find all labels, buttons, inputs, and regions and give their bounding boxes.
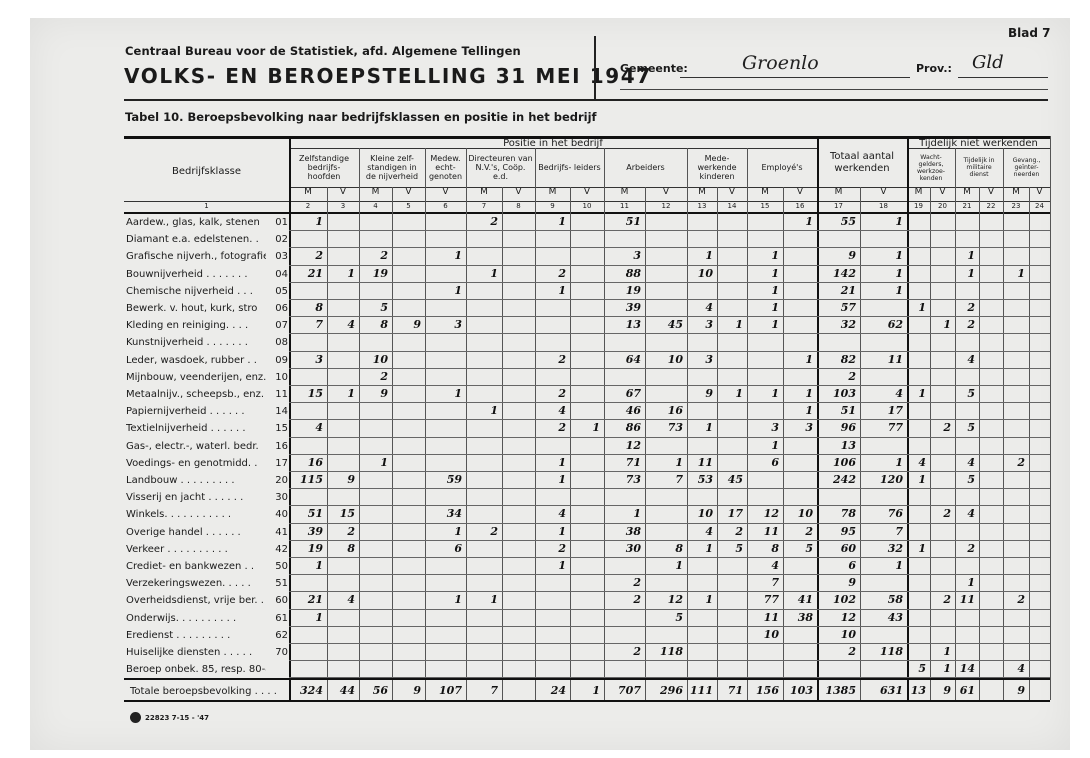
data-cell: 19 bbox=[289, 542, 323, 555]
gemeente-label: Gemeente: bbox=[620, 62, 688, 75]
data-cell: 5 bbox=[907, 662, 926, 675]
column-number: 22 bbox=[979, 202, 1003, 212]
provincie-line bbox=[958, 77, 1048, 78]
data-cell: 1 bbox=[860, 267, 903, 280]
header-divider bbox=[594, 36, 596, 100]
data-cell: 8 bbox=[747, 542, 779, 555]
sex-column-header: M bbox=[817, 187, 860, 199]
data-cell: 1 bbox=[930, 318, 951, 331]
grid-line bbox=[289, 505, 1050, 506]
row-code: 14 bbox=[264, 406, 288, 417]
row-label: Eredienst . . . . . . . . . bbox=[126, 630, 266, 641]
data-cell: 1 bbox=[747, 267, 779, 280]
grid-line bbox=[289, 368, 1050, 369]
data-cell: 2 bbox=[817, 370, 856, 383]
row-label: Leder, wasdoek, rubber . . bbox=[126, 355, 266, 366]
data-cell: 1 bbox=[425, 387, 462, 400]
row-code: 15 bbox=[264, 423, 288, 434]
column-number: 6 bbox=[425, 202, 466, 212]
data-cell: 1 bbox=[747, 387, 779, 400]
row-label: Gas-, electr.-, waterl. bedr. bbox=[126, 441, 266, 452]
data-cell: 10 bbox=[817, 628, 856, 641]
column-group-header: Zelfstandige bedrijfs- hoofden bbox=[291, 150, 357, 185]
total-cell: 7 bbox=[466, 684, 498, 697]
data-cell: 1 bbox=[604, 507, 641, 520]
column-group-header: Medew. echt- genoten bbox=[427, 150, 464, 185]
form-title: VOLKS- EN BEROEPSTELLING 31 MEI 1947 bbox=[124, 64, 652, 88]
print-footer: 22823 7-15 - '47 bbox=[130, 712, 209, 723]
data-cell: 1 bbox=[747, 284, 779, 297]
column-group-header: Wacht- gelders, werkzoe- kenden bbox=[909, 150, 953, 185]
data-cell: 10 bbox=[687, 267, 713, 280]
data-cell: 39 bbox=[604, 301, 641, 314]
data-cell: 77 bbox=[860, 421, 903, 434]
grid-line bbox=[289, 282, 1050, 283]
data-cell: 1 bbox=[466, 267, 498, 280]
data-cell: 120 bbox=[860, 473, 903, 486]
row-label: Beroep onbek. 85, resp. 80-84 bbox=[126, 664, 266, 675]
data-cell: 2 bbox=[955, 318, 975, 331]
data-cell: 8 bbox=[289, 301, 323, 314]
row-label: Bouwnijverheid . . . . . . . bbox=[126, 269, 266, 280]
data-cell: 2 bbox=[359, 249, 388, 262]
print-code: 22823 7-15 - '47 bbox=[145, 714, 209, 722]
header-rule-thin bbox=[620, 89, 1048, 90]
data-cell: 2 bbox=[930, 421, 951, 434]
data-cell: 11 bbox=[860, 353, 903, 366]
data-cell: 10 bbox=[687, 507, 713, 520]
row-code: 09 bbox=[264, 355, 288, 366]
data-cell: 3 bbox=[687, 353, 713, 366]
data-cell: 8 bbox=[359, 318, 388, 331]
data-cell: 1 bbox=[747, 301, 779, 314]
total-cell: 24 bbox=[535, 684, 566, 697]
table-total-rule bbox=[124, 700, 1050, 702]
data-cell: 64 bbox=[604, 353, 641, 366]
data-cell: 2 bbox=[535, 387, 566, 400]
data-cell: 1 bbox=[425, 249, 462, 262]
data-cell: 1 bbox=[907, 542, 926, 555]
column-group-header: Gevang., geïnter- neerden bbox=[1005, 150, 1048, 185]
row-code: 04 bbox=[264, 269, 288, 280]
total-cell: 107 bbox=[425, 684, 462, 697]
data-cell: 1 bbox=[289, 215, 323, 228]
sex-column-header: V bbox=[502, 187, 535, 199]
grid-line bbox=[289, 419, 1050, 420]
sex-column-header: M bbox=[359, 187, 392, 199]
data-cell: 1 bbox=[535, 284, 566, 297]
data-cell: 1 bbox=[1003, 267, 1025, 280]
sex-column-header: V bbox=[979, 187, 1003, 199]
data-cell: 86 bbox=[604, 421, 641, 434]
data-cell: 15 bbox=[289, 387, 323, 400]
data-cell: 2 bbox=[930, 593, 951, 606]
data-cell: 2 bbox=[1003, 456, 1025, 469]
data-cell: 1 bbox=[289, 611, 323, 624]
data-cell: 4 bbox=[327, 593, 355, 606]
sex-column-header: V bbox=[783, 187, 817, 199]
row-label: Huiselijke diensten . . . . . bbox=[126, 647, 266, 658]
data-cell: 73 bbox=[604, 473, 641, 486]
data-cell: 13 bbox=[817, 439, 856, 452]
total-cell: 707 bbox=[604, 684, 641, 697]
data-cell: 1 bbox=[570, 421, 600, 434]
data-cell: 1 bbox=[327, 387, 355, 400]
data-cell: 53 bbox=[687, 473, 713, 486]
column-group-header: Bedrijfs- leiders bbox=[537, 150, 602, 185]
grid-line bbox=[289, 316, 1050, 317]
data-cell: 1 bbox=[783, 353, 813, 366]
data-cell: 7 bbox=[747, 576, 779, 589]
data-cell: 9 bbox=[327, 473, 355, 486]
row-label: Papiernijverheid . . . . . . bbox=[126, 406, 266, 417]
data-cell: 5 bbox=[645, 611, 683, 624]
total-cell: 9 bbox=[1003, 684, 1025, 697]
sex-column-header: V bbox=[645, 187, 687, 199]
row-code: 60 bbox=[264, 595, 288, 606]
grid-line bbox=[289, 437, 1050, 438]
grid-line bbox=[1050, 136, 1051, 700]
column-number: 24 bbox=[1029, 202, 1050, 212]
row-label: Kunstnijverheid . . . . . . . bbox=[126, 337, 266, 348]
sex-column-header: M bbox=[535, 187, 570, 199]
data-cell: 9 bbox=[392, 318, 421, 331]
sex-column-header: V bbox=[425, 187, 466, 199]
data-cell: 1 bbox=[535, 473, 566, 486]
column-group-header: Kleine zelf- standigen in de nijverheid bbox=[361, 150, 423, 185]
data-cell: 1 bbox=[747, 318, 779, 331]
data-cell: 17 bbox=[860, 404, 903, 417]
data-cell: 16 bbox=[645, 404, 683, 417]
data-cell: 4 bbox=[907, 456, 926, 469]
data-cell: 13 bbox=[604, 318, 641, 331]
data-cell: 78 bbox=[817, 507, 856, 520]
data-cell: 21 bbox=[817, 284, 856, 297]
data-cell: 55 bbox=[817, 215, 856, 228]
sex-column-header: V bbox=[570, 187, 604, 199]
data-cell: 67 bbox=[604, 387, 641, 400]
sex-column-header: V bbox=[327, 187, 359, 199]
data-cell: 32 bbox=[817, 318, 856, 331]
data-cell: 1 bbox=[327, 267, 355, 280]
row-label: Metaalnijv., scheepsb., enz. bbox=[126, 389, 266, 400]
data-cell: 3 bbox=[289, 353, 323, 366]
data-cell: 10 bbox=[359, 353, 388, 366]
data-cell: 2 bbox=[604, 593, 641, 606]
grid-line bbox=[289, 299, 1050, 300]
grid-line bbox=[289, 557, 1050, 558]
data-cell: 88 bbox=[604, 267, 641, 280]
data-cell: 10 bbox=[645, 353, 683, 366]
row-code: 50 bbox=[264, 561, 288, 572]
data-cell: 1 bbox=[717, 318, 743, 331]
data-cell: 1 bbox=[783, 404, 813, 417]
data-cell: 71 bbox=[604, 456, 641, 469]
column-number: 9 bbox=[535, 202, 570, 212]
data-cell: 15 bbox=[327, 507, 355, 520]
total-row-label: Totale beroepsbevolking . . . . bbox=[130, 686, 277, 697]
row-code: 42 bbox=[264, 544, 288, 555]
data-cell: 1 bbox=[860, 215, 903, 228]
data-cell: 1 bbox=[289, 559, 323, 572]
data-cell: 1 bbox=[466, 593, 498, 606]
printer-logo-icon bbox=[130, 712, 141, 723]
data-cell: 34 bbox=[425, 507, 462, 520]
data-cell: 1 bbox=[783, 215, 813, 228]
row-label: Winkels. . . . . . . . . . . bbox=[126, 509, 266, 520]
sex-column-header: V bbox=[717, 187, 747, 199]
data-cell: 46 bbox=[604, 404, 641, 417]
data-cell: 4 bbox=[1003, 662, 1025, 675]
data-cell: 73 bbox=[645, 421, 683, 434]
row-label: Aardew., glas, kalk, stenen bbox=[126, 217, 266, 228]
data-cell: 118 bbox=[645, 645, 683, 658]
data-cell: 2 bbox=[535, 421, 566, 434]
data-cell: 3 bbox=[425, 318, 462, 331]
total-cell: 13 bbox=[907, 684, 926, 697]
data-cell: 39 bbox=[289, 525, 323, 538]
grid-line bbox=[289, 265, 1050, 266]
data-cell: 12 bbox=[604, 439, 641, 452]
data-cell: 4 bbox=[687, 301, 713, 314]
total-cell: 324 bbox=[289, 684, 323, 697]
sex-column-header: M bbox=[687, 187, 717, 199]
data-cell: 5 bbox=[717, 542, 743, 555]
grid-line bbox=[289, 351, 1050, 352]
total-cell: 296 bbox=[645, 684, 683, 697]
data-cell: 4 bbox=[535, 404, 566, 417]
data-cell: 45 bbox=[645, 318, 683, 331]
data-cell: 2 bbox=[466, 215, 498, 228]
data-cell: 4 bbox=[955, 507, 975, 520]
organization-name: Centraal Bureau voor de Statistiek, afd.… bbox=[125, 44, 521, 58]
row-code: 08 bbox=[264, 337, 288, 348]
data-cell: 1 bbox=[535, 456, 566, 469]
data-cell: 1 bbox=[687, 421, 713, 434]
column-number: 10 bbox=[570, 202, 604, 212]
gemeente-line bbox=[680, 77, 910, 78]
total-cell: 71 bbox=[717, 684, 743, 697]
data-cell: 9 bbox=[817, 249, 856, 262]
data-cell: 9 bbox=[817, 576, 856, 589]
total-cell: 44 bbox=[327, 684, 355, 697]
data-cell: 32 bbox=[860, 542, 903, 555]
grid-line bbox=[289, 471, 1050, 472]
row-label: Kleding en reiniging. . . . bbox=[126, 320, 266, 331]
data-cell: 11 bbox=[955, 593, 975, 606]
row-code: 41 bbox=[264, 527, 288, 538]
data-cell: 5 bbox=[955, 387, 975, 400]
row-label: Mijnbouw, veenderijen, enz. bbox=[126, 372, 266, 383]
data-cell: 4 bbox=[955, 456, 975, 469]
sex-column-header: V bbox=[930, 187, 955, 199]
column-number: 23 bbox=[1003, 202, 1029, 212]
data-cell: 2 bbox=[955, 301, 975, 314]
row-label: Textielnijverheid . . . . . . bbox=[126, 423, 266, 434]
column-number: 12 bbox=[645, 202, 687, 212]
total-cell: 1385 bbox=[817, 684, 856, 697]
data-cell: 3 bbox=[783, 421, 813, 434]
data-cell: 43 bbox=[860, 611, 903, 624]
row-label: Bewerk. v. hout, kurk, stro bbox=[126, 303, 266, 314]
data-cell: 4 bbox=[747, 559, 779, 572]
row-code: 30 bbox=[264, 492, 288, 503]
data-cell: 2 bbox=[535, 542, 566, 555]
data-cell: 1 bbox=[747, 249, 779, 262]
data-cell: 103 bbox=[817, 387, 856, 400]
data-cell: 58 bbox=[860, 593, 903, 606]
total-cell: 631 bbox=[860, 684, 903, 697]
grid-line bbox=[289, 385, 1050, 386]
sex-column-header: M bbox=[747, 187, 783, 199]
grid-line bbox=[289, 488, 1050, 489]
row-label: Overige handel . . . . . . bbox=[126, 527, 266, 538]
data-cell: 7 bbox=[860, 525, 903, 538]
data-cell: 11 bbox=[687, 456, 713, 469]
data-cell: 76 bbox=[860, 507, 903, 520]
column-number: 2 bbox=[289, 202, 327, 212]
row-label: Voedings- en genotmidd. . bbox=[126, 458, 266, 469]
row-label: Overheidsdienst, vrije ber. . bbox=[126, 595, 266, 606]
column-number: 5 bbox=[392, 202, 425, 212]
total-cell: 111 bbox=[687, 684, 713, 697]
grid-line bbox=[289, 402, 1050, 403]
grid-line bbox=[289, 523, 1050, 524]
data-cell: 1 bbox=[466, 404, 498, 417]
data-cell: 102 bbox=[817, 593, 856, 606]
row-code: 70 bbox=[264, 647, 288, 658]
data-cell: 51 bbox=[817, 404, 856, 417]
data-cell: 1 bbox=[955, 267, 975, 280]
total-cell: 9 bbox=[930, 684, 951, 697]
row-code: 17 bbox=[264, 458, 288, 469]
column-group-header: Directeuren van N.V.'s, Coöp. e.d. bbox=[468, 150, 533, 185]
row-code: 01 bbox=[264, 217, 288, 228]
data-cell: 1 bbox=[907, 473, 926, 486]
data-cell: 62 bbox=[860, 318, 903, 331]
column-number: 18 bbox=[860, 202, 907, 212]
data-cell: 2 bbox=[359, 370, 388, 383]
row-code: 40 bbox=[264, 509, 288, 520]
data-cell: 95 bbox=[817, 525, 856, 538]
gemeente-value: Groenlo bbox=[742, 52, 819, 74]
total-cell: 9 bbox=[392, 684, 421, 697]
data-cell: 7 bbox=[289, 318, 323, 331]
total-cell: 1 bbox=[570, 684, 600, 697]
data-cell: 38 bbox=[783, 611, 813, 624]
data-cell: 115 bbox=[289, 473, 323, 486]
grid-line bbox=[907, 148, 1050, 149]
data-cell: 2 bbox=[930, 507, 951, 520]
row-code: 11 bbox=[264, 389, 288, 400]
data-cell: 1 bbox=[860, 249, 903, 262]
column-group-header: Arbeiders bbox=[606, 150, 685, 185]
data-cell: 118 bbox=[860, 645, 903, 658]
data-cell: 14 bbox=[955, 662, 975, 675]
data-cell: 1 bbox=[535, 215, 566, 228]
column-group-header: Employé's bbox=[749, 150, 815, 185]
row-code: 61 bbox=[264, 613, 288, 624]
total-cell: 103 bbox=[783, 684, 813, 697]
data-cell: 9 bbox=[359, 387, 388, 400]
column-number: 16 bbox=[783, 202, 817, 212]
data-cell: 5 bbox=[955, 421, 975, 434]
data-cell: 2 bbox=[604, 645, 641, 658]
data-cell: 19 bbox=[604, 284, 641, 297]
column-number: 20 bbox=[930, 202, 955, 212]
data-cell: 82 bbox=[817, 353, 856, 366]
data-cell: 6 bbox=[747, 456, 779, 469]
column-number: 15 bbox=[747, 202, 783, 212]
column-number: 4 bbox=[359, 202, 392, 212]
row-code: 51 bbox=[264, 578, 288, 589]
data-cell: 142 bbox=[817, 267, 856, 280]
grid-line bbox=[289, 626, 1050, 627]
data-cell: 1 bbox=[645, 559, 683, 572]
data-cell: 1 bbox=[425, 593, 462, 606]
grid-line bbox=[289, 247, 1050, 248]
data-cell: 9 bbox=[687, 387, 713, 400]
column-number: 11 bbox=[604, 202, 645, 212]
data-cell: 1 bbox=[359, 456, 388, 469]
column-number: 14 bbox=[717, 202, 747, 212]
column-number: 21 bbox=[955, 202, 979, 212]
data-cell: 4 bbox=[327, 318, 355, 331]
data-cell: 1 bbox=[645, 456, 683, 469]
total-cell: 56 bbox=[359, 684, 388, 697]
row-code: 06 bbox=[264, 303, 288, 314]
column-number: 13 bbox=[687, 202, 717, 212]
data-cell: 30 bbox=[604, 542, 641, 555]
data-cell: 1 bbox=[687, 542, 713, 555]
header-rule-thick bbox=[124, 99, 1048, 101]
data-cell: 106 bbox=[817, 456, 856, 469]
data-cell: 2 bbox=[955, 542, 975, 555]
column-number: 3 bbox=[327, 202, 359, 212]
row-label: Landbouw . . . . . . . . . bbox=[126, 475, 266, 486]
data-cell: 1 bbox=[535, 559, 566, 572]
data-cell: 2 bbox=[783, 525, 813, 538]
data-cell: 10 bbox=[747, 628, 779, 641]
data-cell: 1 bbox=[955, 576, 975, 589]
data-cell: 11 bbox=[747, 525, 779, 538]
row-label: Crediet- en bankwezen . . bbox=[126, 561, 266, 572]
data-cell: 1 bbox=[783, 387, 813, 400]
sex-column-header: M bbox=[1003, 187, 1029, 199]
data-cell: 1 bbox=[930, 645, 951, 658]
data-cell: 2 bbox=[604, 576, 641, 589]
row-code: 07 bbox=[264, 320, 288, 331]
total-cell: 61 bbox=[955, 684, 975, 697]
table-caption: Tabel 10. Beroepsbevolking naar bedrijfs… bbox=[125, 110, 597, 124]
grid-line bbox=[289, 540, 1050, 541]
grid-line bbox=[289, 230, 1050, 231]
table-bottom-rule bbox=[124, 678, 1050, 680]
data-cell: 6 bbox=[817, 559, 856, 572]
grid-line bbox=[289, 591, 1050, 592]
data-cell: 3 bbox=[747, 421, 779, 434]
grid-line bbox=[289, 148, 817, 149]
data-cell: 11 bbox=[747, 611, 779, 624]
data-cell: 38 bbox=[604, 525, 641, 538]
data-cell: 8 bbox=[645, 542, 683, 555]
data-cell: 2 bbox=[466, 525, 498, 538]
data-cell: 2 bbox=[535, 353, 566, 366]
row-label: Grafische nijverh., fotografie bbox=[126, 251, 266, 262]
table-header-rule bbox=[124, 212, 1050, 214]
grid-line bbox=[289, 574, 1050, 575]
data-cell: 1 bbox=[860, 456, 903, 469]
